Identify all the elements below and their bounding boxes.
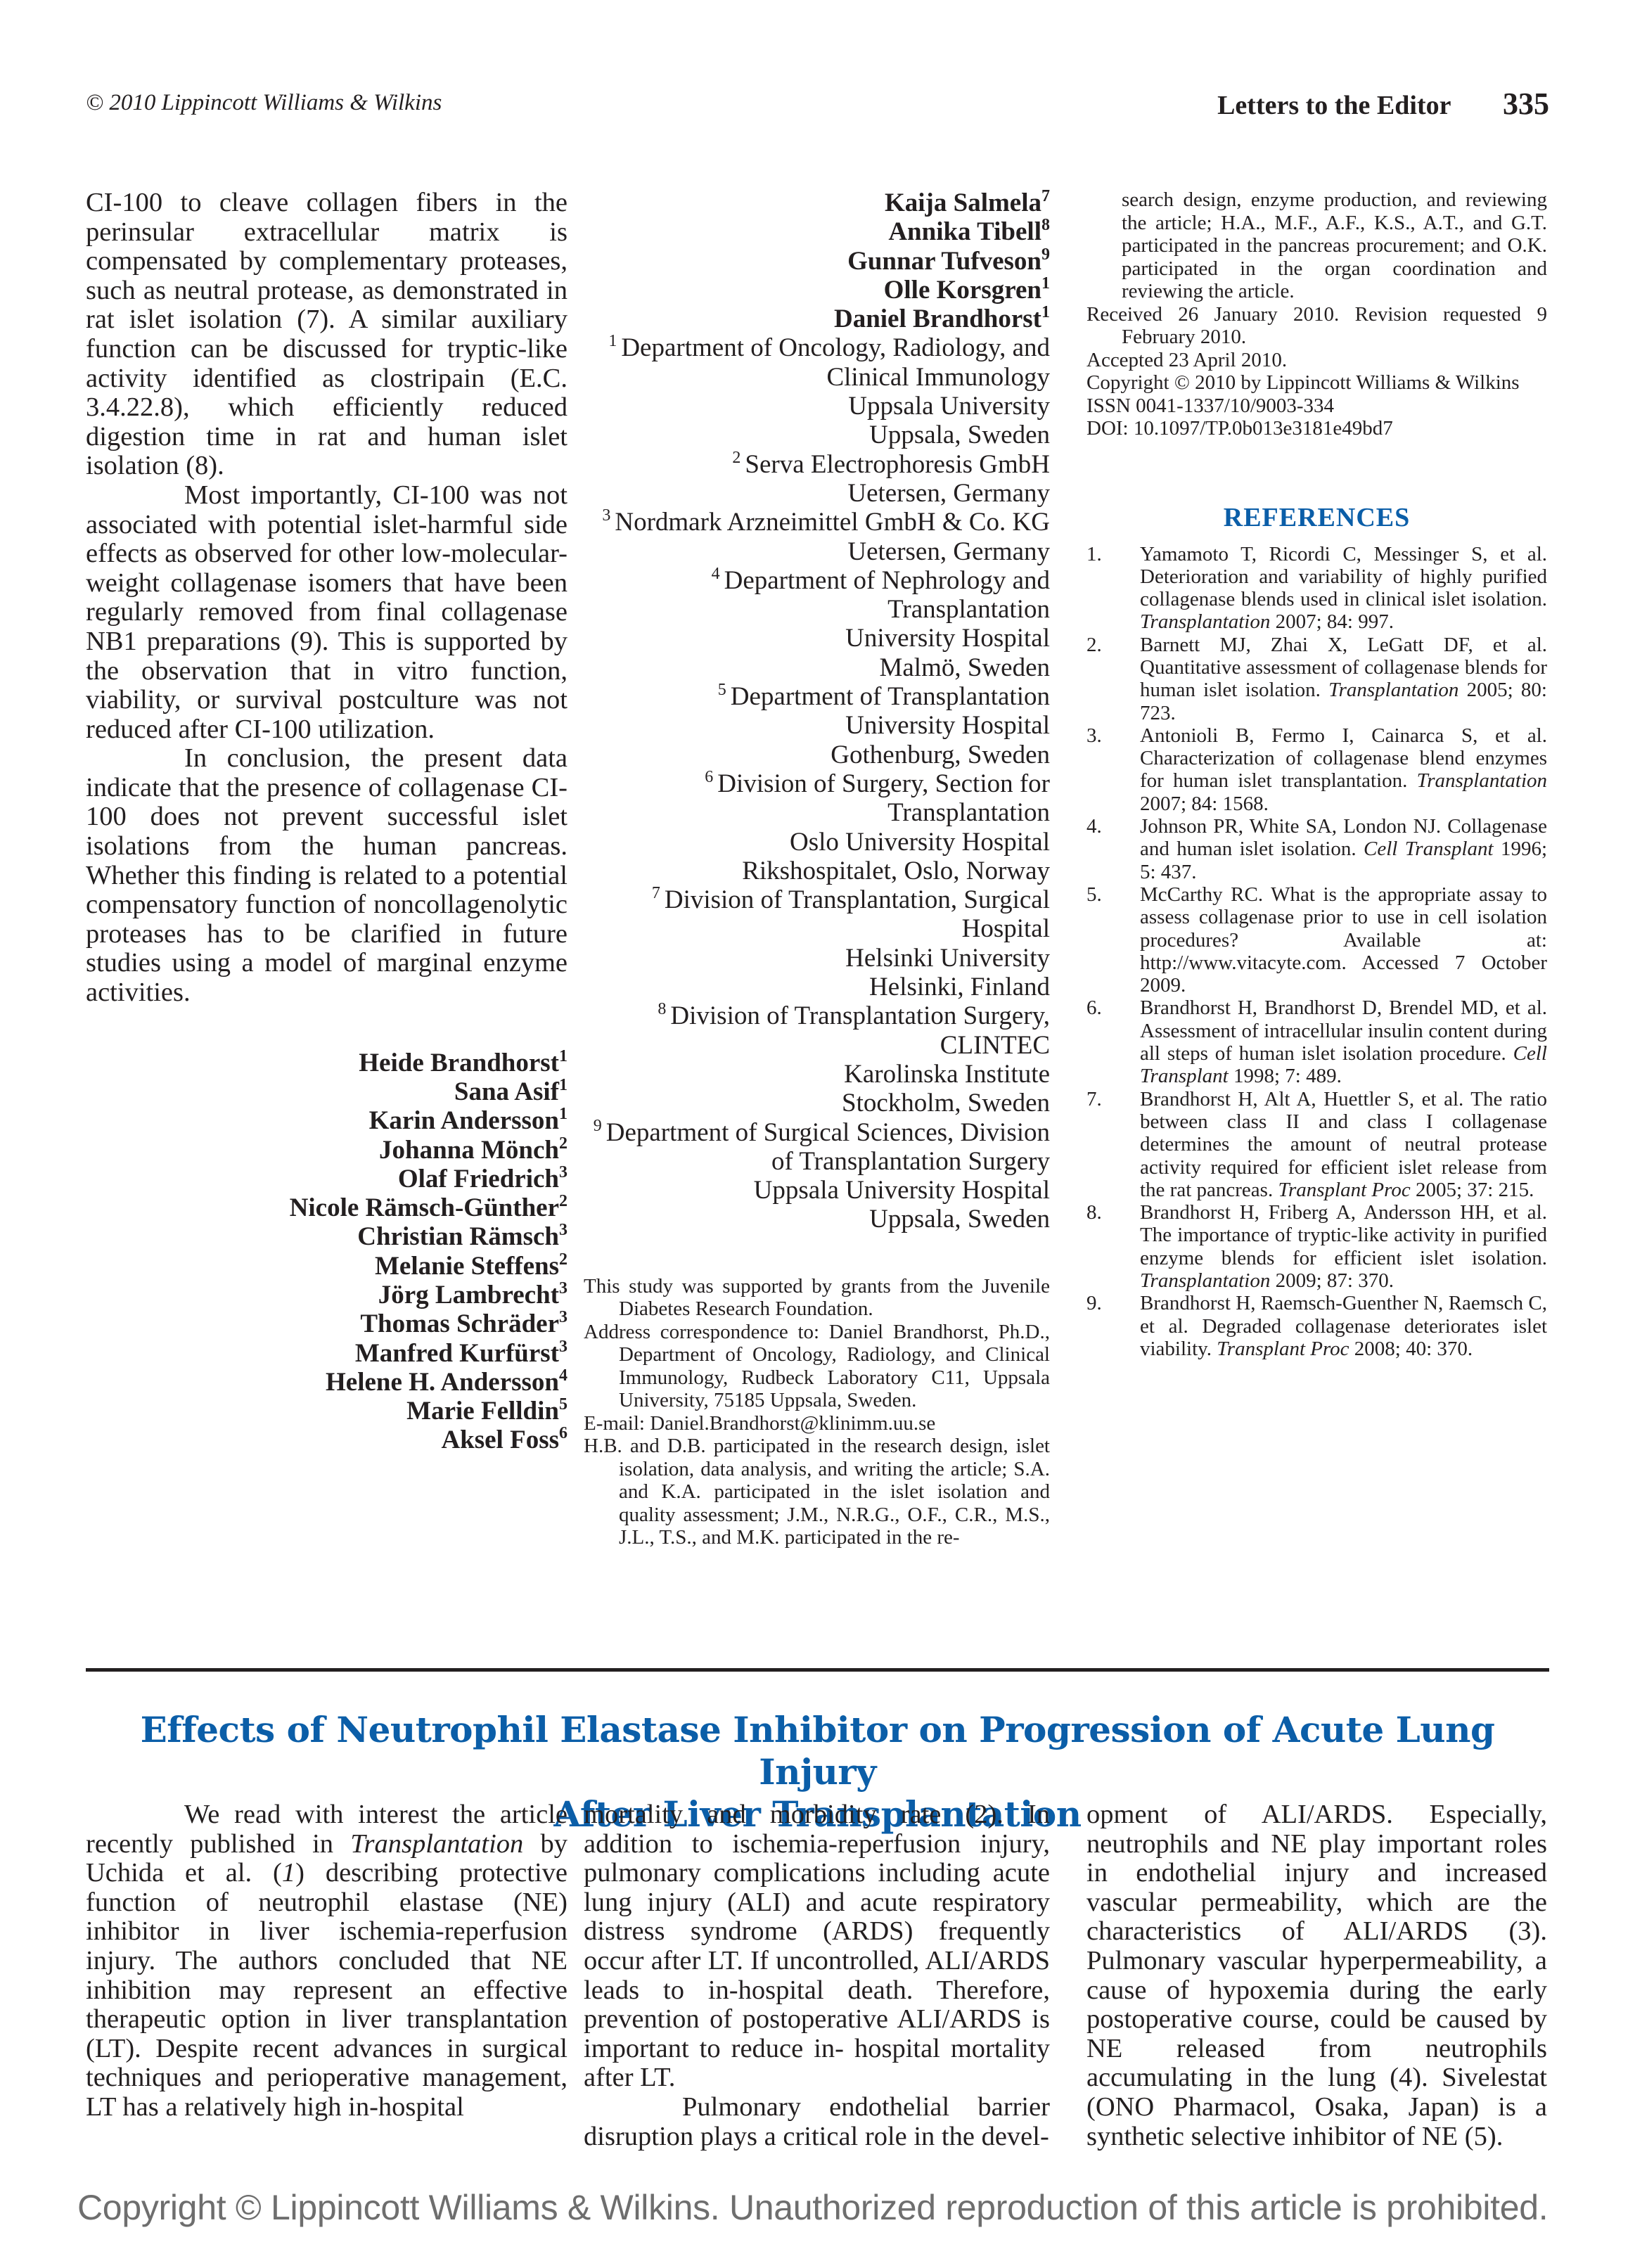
footnotes-continued: search design, enzyme production, and re… xyxy=(1086,188,1547,440)
section-title: Letters to the Editor xyxy=(1217,91,1451,120)
article-title-line-1: Effects of Neutrophil Elastase Inhibitor… xyxy=(86,1709,1549,1793)
reference-item: 1.Yamamoto T, Ricordi C, Messinger S, et… xyxy=(1086,543,1547,634)
footnotes: This study was supported by grants from … xyxy=(584,1275,1050,1549)
doi-link[interactable]: DOI: 10.1097/TP.0b013e3181e49bd7 xyxy=(1086,417,1547,440)
author: Nicole Rämsch-Günther2 xyxy=(86,1193,568,1222)
author: Karin Andersson1 xyxy=(86,1106,568,1135)
letter1-column-1: CI-100 to cleave collagen fibers in the … xyxy=(86,188,568,1455)
letter1-column-3: search design, enzyme production, and re… xyxy=(1086,188,1547,1360)
author: Melanie Steffens2 xyxy=(86,1252,568,1281)
affiliation: 5Department of Transplantation Universit… xyxy=(584,682,1050,769)
author-contributions-continued: search design, enzyme production, and re… xyxy=(1086,188,1547,303)
author: Aksel Foss6 xyxy=(86,1425,568,1454)
author: Jörg Lambrecht3 xyxy=(86,1281,568,1309)
author: Helene H. Andersson4 xyxy=(86,1368,568,1397)
reference-item: 8.Brandhorst H, Friberg A, Andersson HH,… xyxy=(1086,1201,1547,1292)
reference-item: 5.McCarthy RC. What is the appropriate a… xyxy=(1086,883,1547,997)
affiliation: 3Nordmark Arzneimittel GmbH & Co. KG Uet… xyxy=(584,508,1050,566)
reference-item: 4.Johnson PR, White SA, London NJ. Colla… xyxy=(1086,815,1547,883)
author: Olaf Friedrich3 xyxy=(86,1165,568,1193)
paragraph: mortality and morbidity rate (2). In add… xyxy=(584,1800,1050,2093)
author: Daniel Brandhorst1 xyxy=(584,305,1050,333)
letter2-column-2: mortality and morbidity rate (2). In add… xyxy=(584,1800,1050,2151)
reference-list: 1.Yamamoto T, Ricordi C, Messinger S, et… xyxy=(1086,543,1547,1361)
letter2-column-3: opment of ALI/ARDS. Especially, neutroph… xyxy=(1086,1800,1547,2151)
email-link[interactable]: E-mail: Daniel.Brandhorst@klinimm.uu.se xyxy=(584,1412,1050,1435)
author: Heide Brandhorst1 xyxy=(86,1049,568,1077)
reference-item: 7.Brandhorst H, Alt A, Huettler S, et al… xyxy=(1086,1088,1547,1201)
letter1-body: CI-100 to cleave collagen fibers in the … xyxy=(86,188,568,1008)
correspondence-address: Address correspondence to: Daniel Brandh… xyxy=(584,1321,1050,1412)
paragraph: opment of ALI/ARDS. Especially, neutroph… xyxy=(1086,1800,1547,2151)
running-head: © 2010 Lippincott Williams & Wilkins Let… xyxy=(86,90,1549,125)
references-heading: REFERENCES xyxy=(1086,502,1547,533)
paragraph: Pulmonary endothelial barrier disruption… xyxy=(584,2093,1050,2151)
received-date: Received 26 January 2010. Revision reque… xyxy=(1086,303,1547,349)
reference-item: 6.Brandhorst H, Brandhorst D, Brendel MD… xyxy=(1086,997,1547,1087)
author-contributions: H.B. and D.B. participated in the resear… xyxy=(584,1435,1050,1549)
affiliation: 8Division of Transplantation Surgery, CL… xyxy=(584,1001,1050,1117)
accepted-date: Accepted 23 April 2010. xyxy=(1086,349,1547,372)
reference-item: 3.Antonioli B, Fermo I, Cainarca S, et a… xyxy=(1086,724,1547,815)
funding-note: This study was supported by grants from … xyxy=(584,1275,1050,1321)
affiliation: 6Division of Surgery, Section for Transp… xyxy=(584,769,1050,885)
affiliation: 2Serva Electrophoresis GmbH Uetersen, Ge… xyxy=(584,450,1050,508)
issn: ISSN 0041-1337/10/9003-334 xyxy=(1086,395,1547,418)
paragraph: CI-100 to cleave collagen fibers in the … xyxy=(86,188,568,481)
copyright-note: Copyright © 2010 by Lippincott Williams … xyxy=(1086,371,1547,395)
page-number: 335 xyxy=(1503,87,1549,121)
affiliation: 7Division of Transplantation, Surgical H… xyxy=(584,885,1050,1001)
author: Annika Tibell8 xyxy=(584,217,1050,246)
running-head-right: Letters to the Editor 335 xyxy=(1217,86,1549,122)
reference-item: 2.Barnett MJ, Zhai X, LeGatt DF, et al. … xyxy=(1086,634,1547,724)
copyright-watermark: Copyright © Lippincott Williams & Wilkin… xyxy=(77,2187,1593,2228)
author: Manfred Kurfürst3 xyxy=(86,1339,568,1368)
author-list-1: Heide Brandhorst1 Sana Asif1 Karin Ander… xyxy=(86,1049,568,1455)
author: Johanna Mönch2 xyxy=(86,1136,568,1165)
author: Christian Rämsch3 xyxy=(86,1222,568,1251)
affiliation: 1Department of Oncology, Radiology, and … xyxy=(584,333,1050,449)
affiliation-list: 1Department of Oncology, Radiology, and … xyxy=(584,333,1050,1234)
paragraph: We read with interest the article recent… xyxy=(86,1800,568,2122)
author: Marie Felldin5 xyxy=(86,1397,568,1425)
affiliation: 9Department of Surgical Sciences, Divisi… xyxy=(584,1118,1050,1234)
letter1-column-2: Kaija Salmela7 Annika Tibell8 Gunnar Tuf… xyxy=(584,188,1050,1549)
author: Thomas Schräder3 xyxy=(86,1309,568,1338)
author-list-2: Kaija Salmela7 Annika Tibell8 Gunnar Tuf… xyxy=(584,188,1050,333)
author: Olle Korsgren1 xyxy=(584,276,1050,305)
author: Gunnar Tufveson9 xyxy=(584,247,1050,276)
author: Sana Asif1 xyxy=(86,1077,568,1106)
reference-item: 9.Brandhorst H, Raemsch-Guenther N, Raem… xyxy=(1086,1292,1547,1360)
affiliation: 4Department of Nephrology and Transplant… xyxy=(584,566,1050,682)
letter2-column-1: We read with interest the article recent… xyxy=(86,1800,568,2122)
section-divider xyxy=(86,1668,1549,1672)
journal-copyright: © 2010 Lippincott Williams & Wilkins xyxy=(86,90,442,116)
author: Kaija Salmela7 xyxy=(584,188,1050,217)
paragraph: In conclusion, the present data indicate… xyxy=(86,744,568,1007)
paragraph: Most importantly, CI-100 was not associa… xyxy=(86,481,568,744)
